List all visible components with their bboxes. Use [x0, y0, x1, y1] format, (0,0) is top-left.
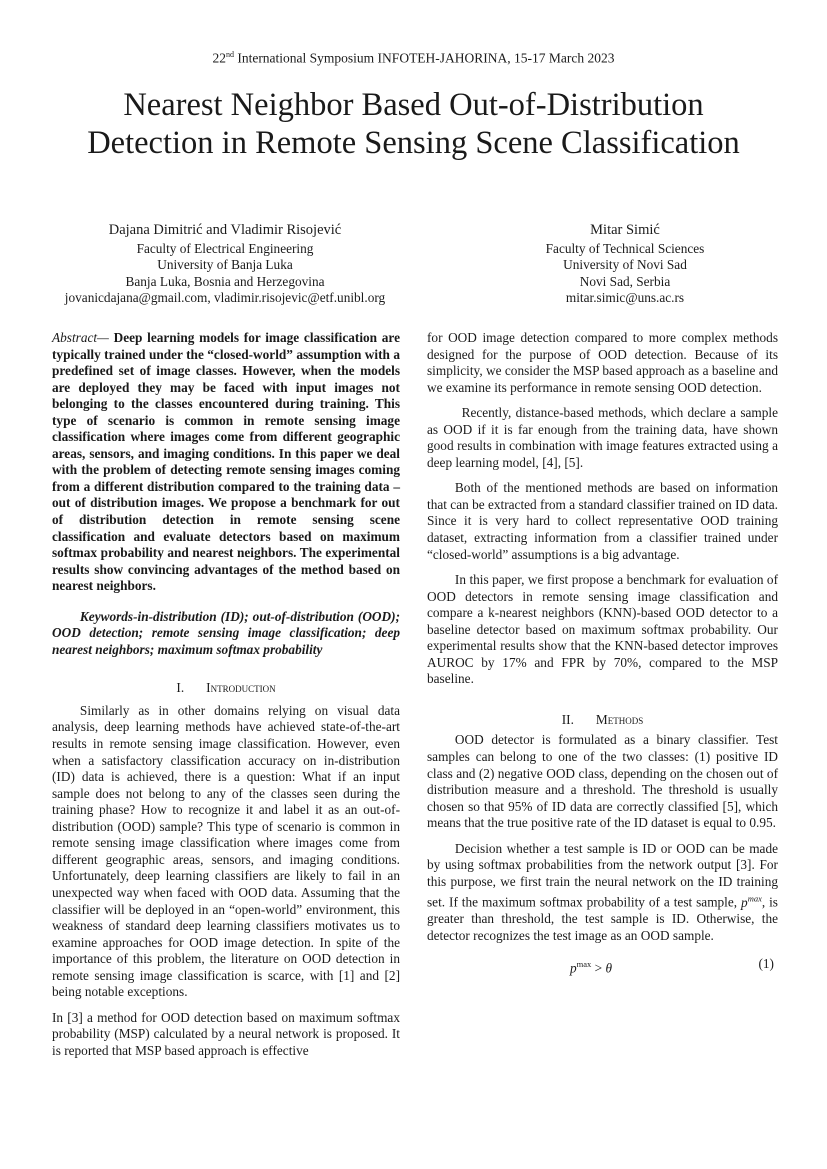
- paragraph: In [3] a method for OOD detection based …: [52, 1010, 400, 1060]
- right-column: for OOD image detection compared to more…: [427, 330, 778, 976]
- section-number: II.: [562, 712, 574, 727]
- conference-name: International Symposium INFOTEH-JAHORINA…: [234, 51, 615, 66]
- equation-operator: >: [591, 961, 605, 976]
- conference-number-suffix: nd: [226, 50, 234, 59]
- author-faculty: Faculty of Electrical Engineering: [40, 241, 410, 258]
- author-location: Banja Luka, Bosnia and Herzegovina: [40, 274, 410, 291]
- section-number: I.: [176, 680, 184, 695]
- paper-title-line-1: Nearest Neighbor Based Out-of-Distributi…: [0, 86, 827, 124]
- author-university: University of Novi Sad: [470, 257, 780, 274]
- equation-expression: pmax > θ: [570, 956, 612, 977]
- equation-rhs: θ: [605, 961, 612, 976]
- abstract-label: Abstract—: [52, 330, 109, 345]
- abstract: Abstract— Deep learning models for image…: [52, 330, 400, 595]
- section-title: Introduction: [206, 680, 275, 695]
- equation-superscript: max: [577, 959, 592, 969]
- section-heading-methods: II.Methods: [427, 712, 778, 729]
- paragraph: Similarly as in other domains relying on…: [52, 703, 400, 1001]
- math-variable: pmax: [741, 895, 762, 910]
- variable: p: [741, 895, 748, 910]
- author-faculty: Faculty of Technical Sciences: [470, 241, 780, 258]
- paper-title: Nearest Neighbor Based Out-of-Distributi…: [0, 86, 827, 162]
- paragraph-decision: Decision whether a test sample is ID or …: [427, 841, 778, 945]
- author-names: Mitar Simić: [470, 222, 780, 239]
- abstract-text: Deep learning models for image classific…: [52, 330, 400, 593]
- left-column: Abstract— Deep learning models for image…: [52, 330, 400, 1059]
- equation-number: (1): [758, 956, 774, 973]
- paper-title-line-2: Detection in Remote Sensing Scene Classi…: [0, 124, 827, 162]
- paragraph: Recently, distance-based methods, which …: [427, 405, 778, 471]
- author-email: mitar.simic@uns.ac.rs: [470, 290, 780, 307]
- paragraph: In this paper, we first propose a benchm…: [427, 572, 778, 688]
- paragraph: for OOD image detection compared to more…: [427, 330, 778, 396]
- author-names: Dajana Dimitrić and Vladimir Risojević: [40, 222, 410, 239]
- section-heading-introduction: I.Introduction: [52, 680, 400, 697]
- conference-number: 22: [212, 51, 226, 66]
- equation-1: pmax > θ (1): [427, 956, 778, 976]
- author-email: jovanicdajana@gmail.com, vladimir.risoje…: [40, 290, 410, 307]
- text: Decision whether a test sample is ID or …: [427, 841, 778, 910]
- author-location: Novi Sad, Serbia: [470, 274, 780, 291]
- keywords: Keywords-in-distribution (ID); out-of-di…: [52, 609, 400, 659]
- author-university: University of Banja Luka: [40, 257, 410, 274]
- author-block-2: Mitar Simić Faculty of Technical Science…: [470, 222, 780, 307]
- variable-superscript: max: [748, 893, 762, 903]
- conference-header: 22nd International Symposium INFOTEH-JAH…: [0, 50, 827, 67]
- paragraph: OOD detector is formulated as a binary c…: [427, 732, 778, 831]
- paragraph: Both of the mentioned methods are based …: [427, 480, 778, 563]
- equation-variable: p: [570, 961, 577, 976]
- author-block-1: Dajana Dimitrić and Vladimir Risojević F…: [40, 222, 410, 307]
- section-title: Methods: [596, 712, 643, 727]
